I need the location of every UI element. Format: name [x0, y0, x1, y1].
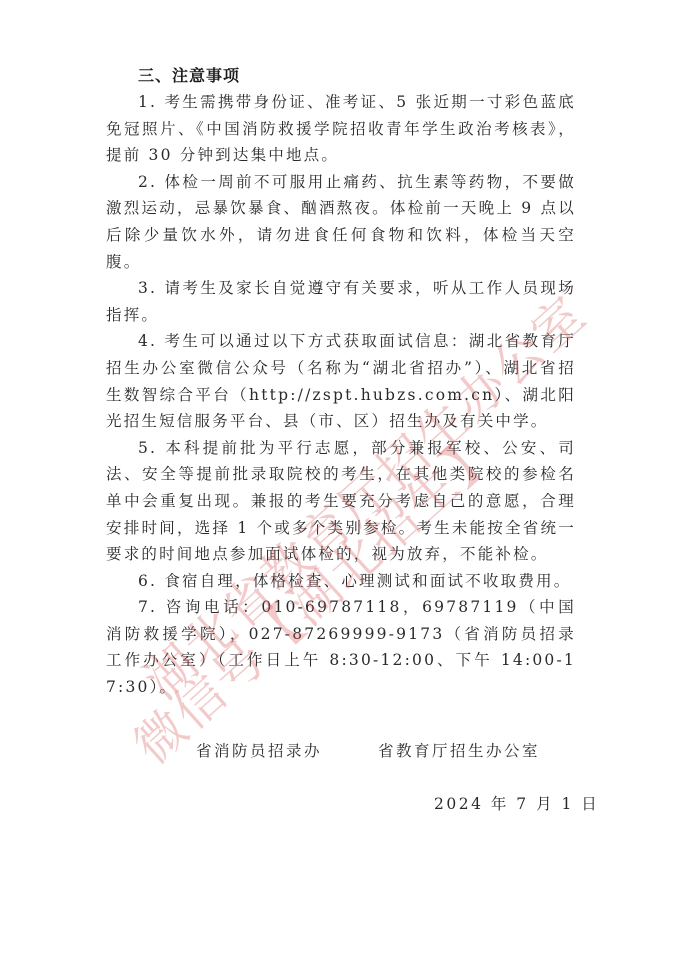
signature-fire-recruitment-office: 省消防员招录办	[196, 739, 322, 761]
notice-item-6: 6. 食宿自理，体格检查、心理测试和面试不收取费用。	[106, 568, 576, 595]
notice-item-4: 4. 考生可以通过以下方式获取面试信息：湖北省教育厅招生办公室微信公众号（名称为…	[106, 328, 576, 434]
notice-item-3: 3. 请考生及家长自觉遵守有关要求，听从工作人员现场指挥。	[106, 275, 576, 328]
notice-item-7: 7. 咨询电话：010-69787118，69787119（中国消防救援学院），…	[106, 594, 576, 700]
signature-education-admissions-office: 省教育厅招生办公室	[378, 739, 540, 761]
section-heading: 三、注意事项	[106, 62, 576, 89]
notice-item-2: 2. 体检一周前不可服用止痛药、抗生素等药物，不要做激烈运动，忌暴饮暴食、酗酒熬…	[106, 169, 576, 275]
notice-item-1: 1. 考生需携带身份证、准考证、5 张近期一寸彩色蓝底免冠照片、《中国消防救援学…	[106, 89, 576, 169]
document-body: 三、注意事项 1. 考生需携带身份证、准考证、5 张近期一寸彩色蓝底免冠照片、《…	[106, 62, 576, 701]
document-date: 2024 年 7 月 1 日	[434, 792, 599, 814]
notice-item-5: 5. 本科提前批为平行志愿，部分兼报军校、公安、司法、安全等提前批录取院校的考生…	[106, 435, 576, 568]
